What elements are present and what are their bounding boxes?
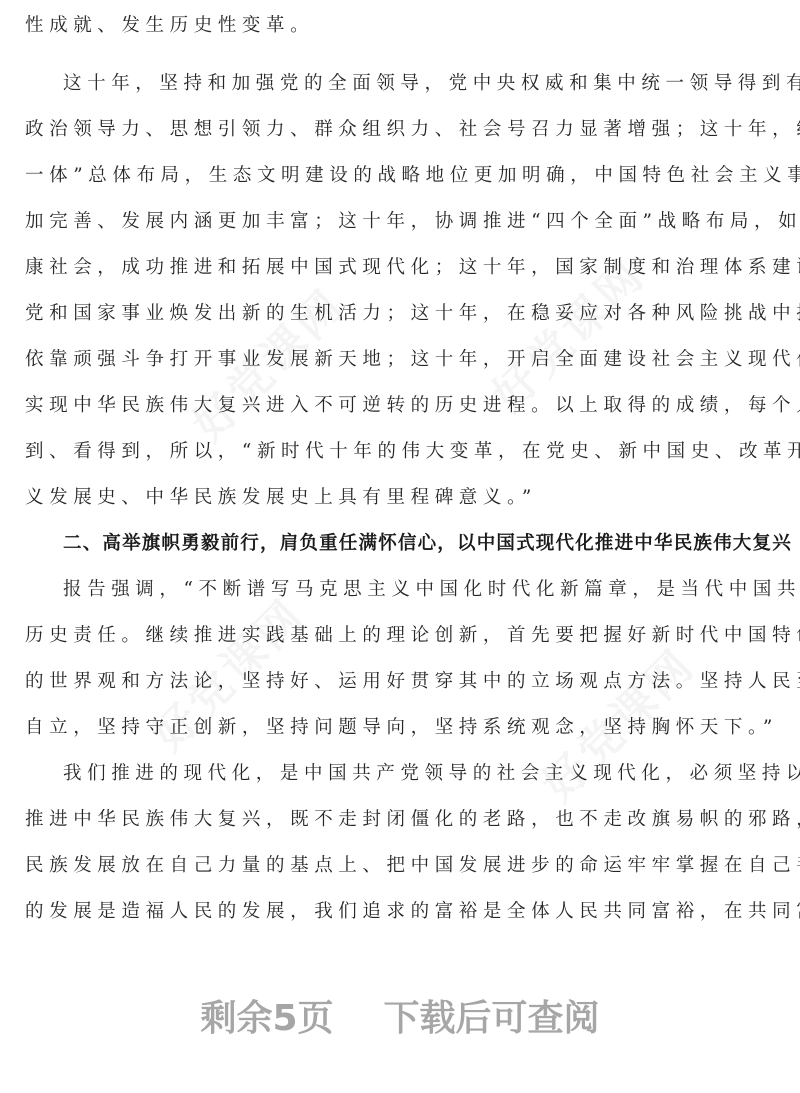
paragraph-line: 加完善、发展内涵更加丰富；这十年，协调推进“四个全面”战略布局，如期全面建成小: [25, 210, 777, 234]
paragraph-line: 性成就、发生历史性变革。: [25, 14, 777, 38]
paragraph-line: 到、看得到，所以，“新时代十年的伟大变革，在党史、新中国史、改革开放史、社会主: [25, 440, 777, 464]
paragraph-line: 政治领导力、思想引领力、群众组织力、社会号召力显著增强；这十年，统筹推进“五位: [25, 118, 777, 142]
paragraph-line: 报告强调，“不断谱写马克思主义中国化时代化新篇章，是当代中国共产党人的庄严: [63, 578, 777, 602]
document-page: 好党课网 好党课网 好党课网 好党课网 性成就、发生历史性变革。 这十年，坚持和…: [0, 0, 800, 1093]
paragraph-line: 推进中华民族伟大复兴，既不走封闭僵化的老路，也不走改旗易帜的邪路，坚持把国家和: [25, 808, 777, 832]
paragraph-line: 我们推进的现代化，是中国共产党领导的社会主义现代化，必须坚持以中国式现代化: [63, 762, 777, 786]
paragraph-line: 康社会，成功推进和拓展中国式现代化；这十年，国家制度和治理体系建设迈出新步伐，: [25, 256, 777, 280]
paragraph-line: 自立，坚持守正创新，坚持问题导向，坚持系统观念，坚持胸怀天下。”: [25, 716, 777, 740]
paragraph-line: 这十年，坚持和加强党的全面领导，党中央权威和集中统一领导得到有力保证，党的: [63, 72, 777, 96]
paragraph-line: 的世界观和方法论，坚持好、运用好贯穿其中的立场观点方法。坚持人民至上，坚持自信: [25, 670, 777, 694]
paragraph-line: 依靠顽强斗争打开事业发展新天地；这十年，开启全面建设社会主义现代化国家新征程，: [25, 348, 777, 372]
download-to-view-label[interactable]: 下载后可查阅: [384, 990, 600, 1041]
paragraph-line: 历史责任。继续推进实践基础上的理论创新，首先要把握好新时代中国特色社会主义思想: [25, 624, 777, 648]
paragraph-line: 的发展是造福人民的发展，我们追求的富裕是全体人民共同富裕，在共同富裕之路上奋力: [25, 900, 777, 924]
paragraph-line: 义发展史、中华民族发展史上具有里程碑意义。”: [25, 486, 777, 510]
download-prompt-banner[interactable]: 剩余5页下载后可查阅: [0, 990, 800, 1050]
paragraph-line: 实现中华民族伟大复兴进入不可逆转的历史进程。以上取得的成绩，每个人都能真切感受: [25, 394, 777, 418]
paragraph-line: 一体”总体布局，生态文明建设的战略地位更加明确，中国特色社会主义事业发展方略更: [25, 164, 777, 188]
paragraph-line: 民族发展放在自己力量的基点上、把中国发展进步的命运牢牢掌握在自己手中。我们追求: [25, 854, 777, 878]
paragraph-line: 党和国家事业焕发出新的生机活力；这十年，在稳妥应对各种风险挑战中推进各项事业，: [25, 302, 777, 326]
remaining-pages-label: 剩余5页: [200, 990, 333, 1041]
section-heading: 二、高举旗帜勇毅前行，肩负重任满怀信心，以中国式现代化推进中华民族伟大复兴: [63, 532, 777, 556]
